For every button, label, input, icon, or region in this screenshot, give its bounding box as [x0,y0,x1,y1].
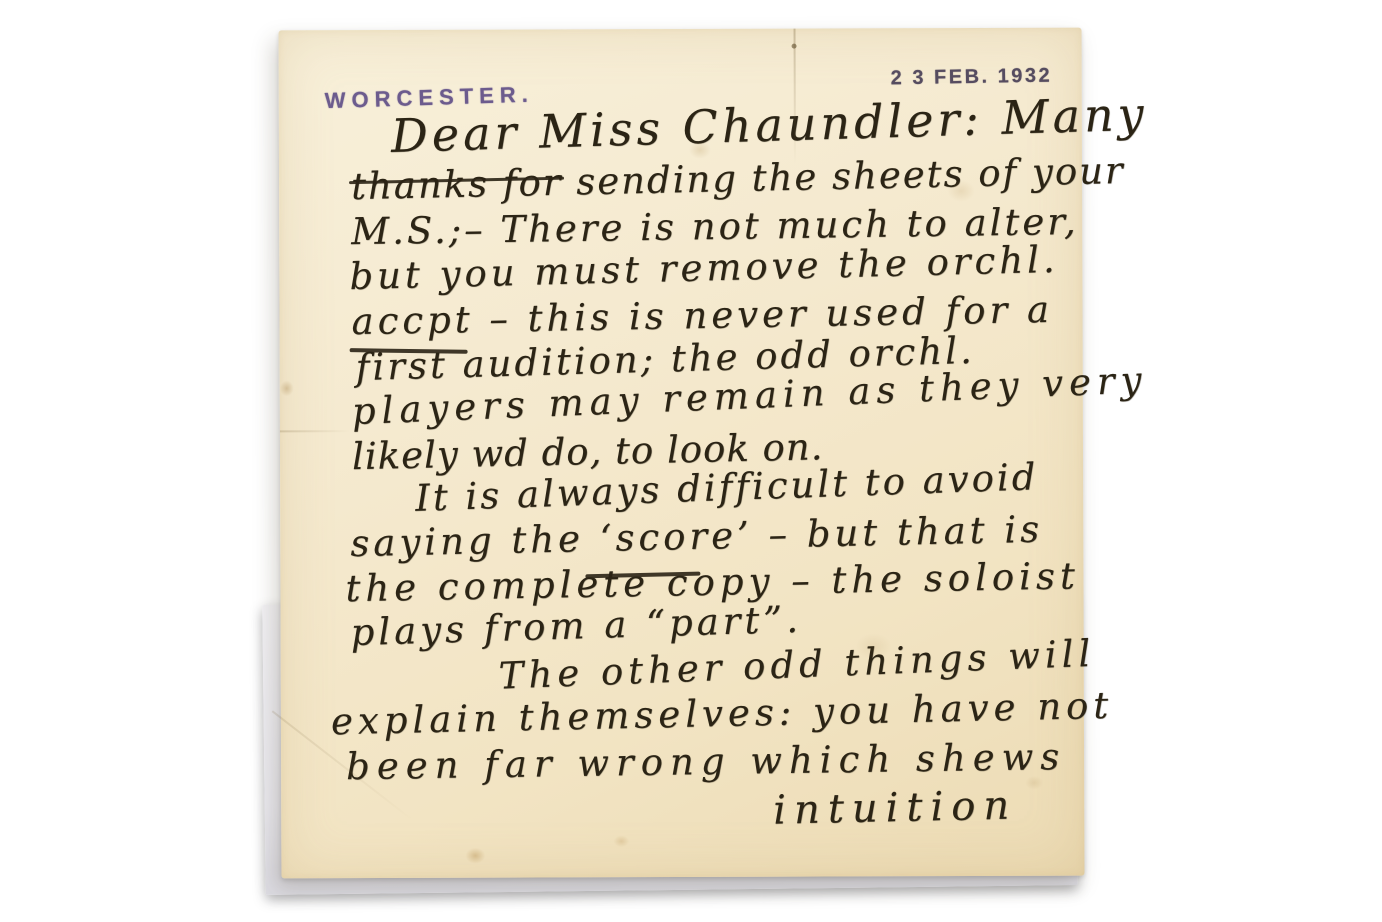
paper-stain [280,380,294,396]
photo-backdrop: WORCESTER. 2 3 FEB. 1932 Dear Miss Chaun… [0,0,1382,922]
paper-stain [792,44,797,49]
date-stamp: 2 3 FEB. 1932 [891,65,1053,91]
letter-line-15: been far wrong which shews [346,738,1067,785]
paper-stain [613,835,629,847]
left-edge-crease [280,430,350,432]
letter-paper: WORCESTER. 2 3 FEB. 1932 Dear Miss Chaun… [279,28,1085,879]
letter-line-14: explain themselves: you have not [331,687,1114,740]
letter-line-16: intuition [773,786,1018,831]
paper-stain [465,848,485,864]
letter-line-12: plays from a “part”. [350,601,802,651]
